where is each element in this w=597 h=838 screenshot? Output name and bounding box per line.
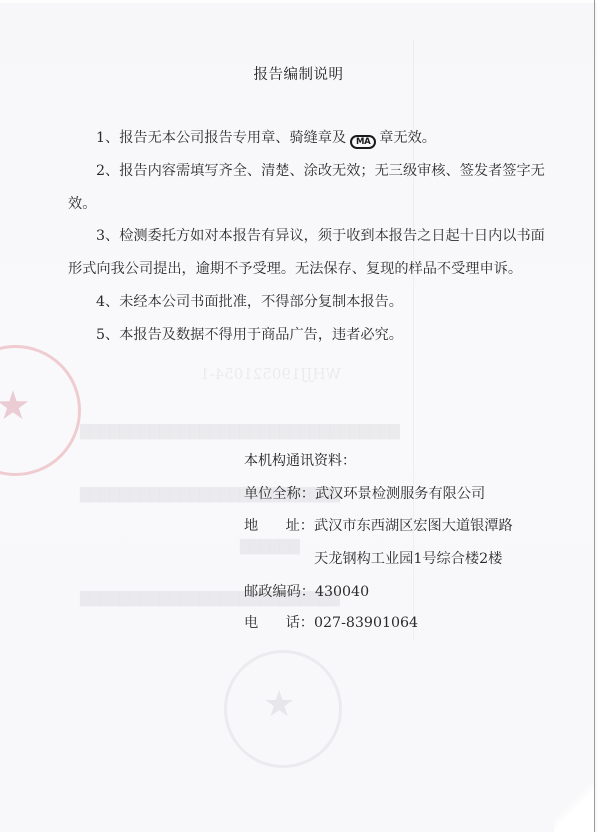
company-value: 武汉环景检测服务有限公司 [315, 485, 485, 503]
phone-value: 027-83901064 [314, 614, 418, 632]
contact-heading: 本机构通讯资料： [244, 450, 356, 470]
rule-number: 4、 [96, 294, 119, 310]
postcode-value: 430040 [315, 583, 369, 601]
rule-item-3: 3、检测委托方如对本报告有异议，须于收到本报告之日起十日内以书面形式向我公司提出… [68, 220, 553, 286]
postcode-row: 邮政编码：430040 [244, 583, 369, 601]
rule-number: 2、 [96, 163, 119, 179]
rules-list: 1、报告无本公司报告专用章、骑缝章及MA章无效。 2、报告内容需填写齐全、清楚、… [68, 122, 553, 352]
show-through-text: WHJJ190521054-1 [200, 365, 341, 383]
rule-text: 检测委托方如对本报告有异议，须于收到本报告之日起十日内以书面形式向我公司提出，逾… [68, 228, 545, 277]
company-row: 单位全称：武汉环景检测服务有限公司 [244, 485, 485, 503]
rule-number: 5、 [96, 327, 119, 343]
page-top-edge [0, 0, 597, 3]
rule-text: 未经本公司书面批准，不得部分复制本报告。 [119, 294, 403, 310]
phone-label: 电话： [244, 614, 314, 632]
rule-number: 3、 [96, 228, 119, 244]
rule-item-5: 5、本报告及数据不得用于商品广告，违者必究。 [68, 319, 553, 352]
postcode-label: 邮政编码： [244, 583, 315, 601]
phone-label-last: 话： [286, 614, 314, 632]
address-row: 地址：武汉市东西湖区宏图大道银潭路 [244, 517, 513, 535]
rule-text: 章无效。 [379, 130, 436, 146]
page-title: 报告编制说明 [0, 63, 597, 84]
address-label-last: 址： [286, 517, 314, 535]
grey-seal-stamp-icon: ★ [224, 650, 342, 768]
cma-mark-icon: MA [350, 135, 376, 149]
document-page: WHJJ190521054-1 ████████████████████████… [0, 0, 597, 838]
rule-item-4: 4、未经本公司书面批准，不得部分复制本报告。 [68, 286, 553, 319]
address-line1: 武汉市东西湖区宏图大道银潭路 [314, 517, 513, 535]
address-label: 地址： [244, 517, 314, 535]
phone-row: 电话：027-83901064 [244, 614, 418, 632]
page-corner-fold [554, 782, 594, 832]
rule-item-2: 2、报告内容需填写齐全、清楚、涂改无效；无三级审核、签发者签字无效。 [68, 155, 553, 221]
red-seal-stamp-icon: ★ [0, 345, 81, 476]
rule-text: 本报告及数据不得用于商品广告，违者必究。 [119, 327, 403, 343]
company-label: 单位全称： [244, 485, 315, 503]
phone-label-first: 电 [244, 614, 258, 632]
address-label-first: 地 [244, 517, 258, 535]
star-icon: ★ [263, 687, 295, 723]
show-through-text: ████████████████████████████████ [80, 425, 400, 440]
star-icon: ★ [0, 386, 31, 426]
rule-text: 报告无本公司报告专用章、骑缝章及 [119, 130, 346, 146]
rule-number: 1、 [96, 130, 119, 146]
show-through-text: ██████ [240, 540, 300, 555]
page-bottom-edge [0, 832, 597, 838]
rule-item-1: 1、报告无本公司报告专用章、骑缝章及MA章无效。 [68, 122, 553, 155]
address-line2: 天龙钢构工业园1号综合楼2楼 [314, 550, 502, 568]
page-right-edge [594, 0, 595, 838]
rule-text: 报告内容需填写齐全、清楚、涂改无效；无三级审核、签发者签字无效。 [68, 163, 545, 212]
